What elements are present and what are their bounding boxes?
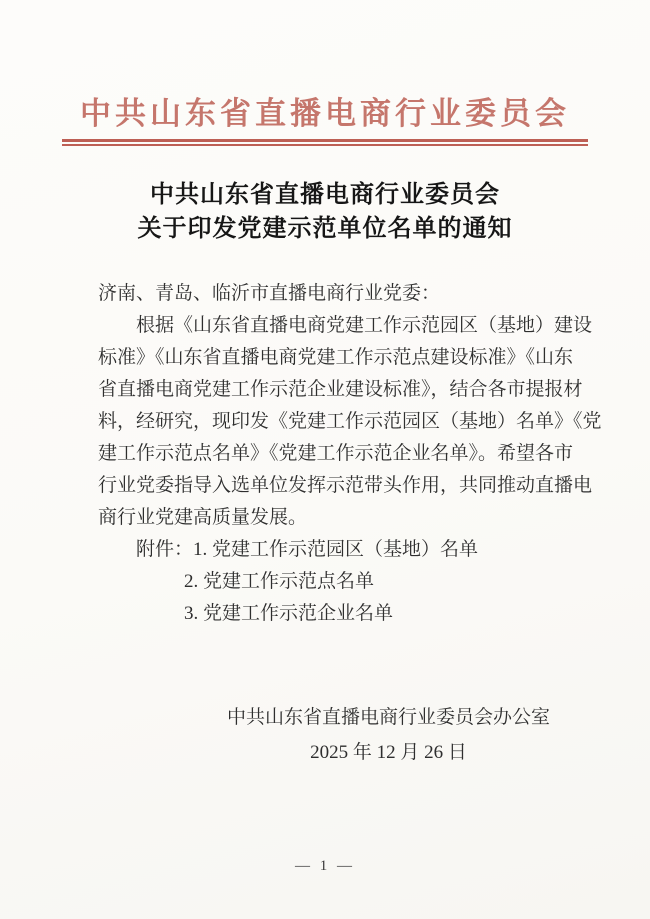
attachment-item: 3. 党建工作示范企业名单 bbox=[98, 598, 552, 630]
document-title-line2: 关于印发党建示范单位名单的通知 bbox=[0, 212, 650, 246]
paragraph-line: 建工作示范点名单》《党建工作示范企业名单》。希望各市 bbox=[98, 438, 552, 470]
red-double-rule bbox=[62, 139, 588, 146]
paragraph-line: 标准》《山东省直播电商党建工作示范点建设标准》《山东 bbox=[98, 342, 552, 374]
document-body: 济南、青岛、临沂市直播电商行业党委： 根据《山东省直播电商党建工作示范园区（基地… bbox=[98, 278, 552, 630]
signature-org: 中共山东省直播电商行业委员会办公室 bbox=[227, 700, 550, 735]
paragraph-line: 商行业党建高质量发展。 bbox=[98, 502, 552, 534]
page-number: — 1 — bbox=[0, 858, 650, 875]
attachments-line: 附件：1. 党建工作示范园区（基地）名单 bbox=[98, 534, 552, 566]
paragraph-line: 省直播电商党建工作示范企业建设标准》，结合各市提报材 bbox=[98, 374, 552, 406]
document-page: 中共山东省直播电商行业委员会 中共山东省直播电商行业委员会 关于印发党建示范单位… bbox=[0, 0, 650, 919]
paragraph-line: 料，经研究，现印发《党建工作示范园区（基地）名单》《党 bbox=[98, 406, 552, 438]
paragraph-line: 根据《山东省直播电商党建工作示范园区（基地）建设 bbox=[98, 310, 552, 342]
signature-block: 中共山东省直播电商行业委员会办公室 2025 年 12 月 26 日 bbox=[227, 700, 550, 770]
letterhead-org-name: 中共山东省直播电商行业委员会 bbox=[0, 88, 650, 133]
document-title-line1: 中共山东省直播电商行业委员会 bbox=[0, 178, 650, 212]
document-title: 中共山东省直播电商行业委员会 关于印发党建示范单位名单的通知 bbox=[0, 178, 650, 246]
attachment-item: 1. 党建工作示范园区（基地）名单 bbox=[193, 539, 478, 560]
paragraph-line: 行业党委指导入选单位发挥示范带头作用，共同推动直播电 bbox=[98, 470, 552, 502]
salutation: 济南、青岛、临沂市直播电商行业党委： bbox=[98, 278, 552, 310]
attachments-label: 附件： bbox=[136, 539, 193, 560]
signature-date: 2025 年 12 月 26 日 bbox=[227, 735, 550, 770]
attachment-item: 2. 党建工作示范点名单 bbox=[98, 566, 552, 598]
